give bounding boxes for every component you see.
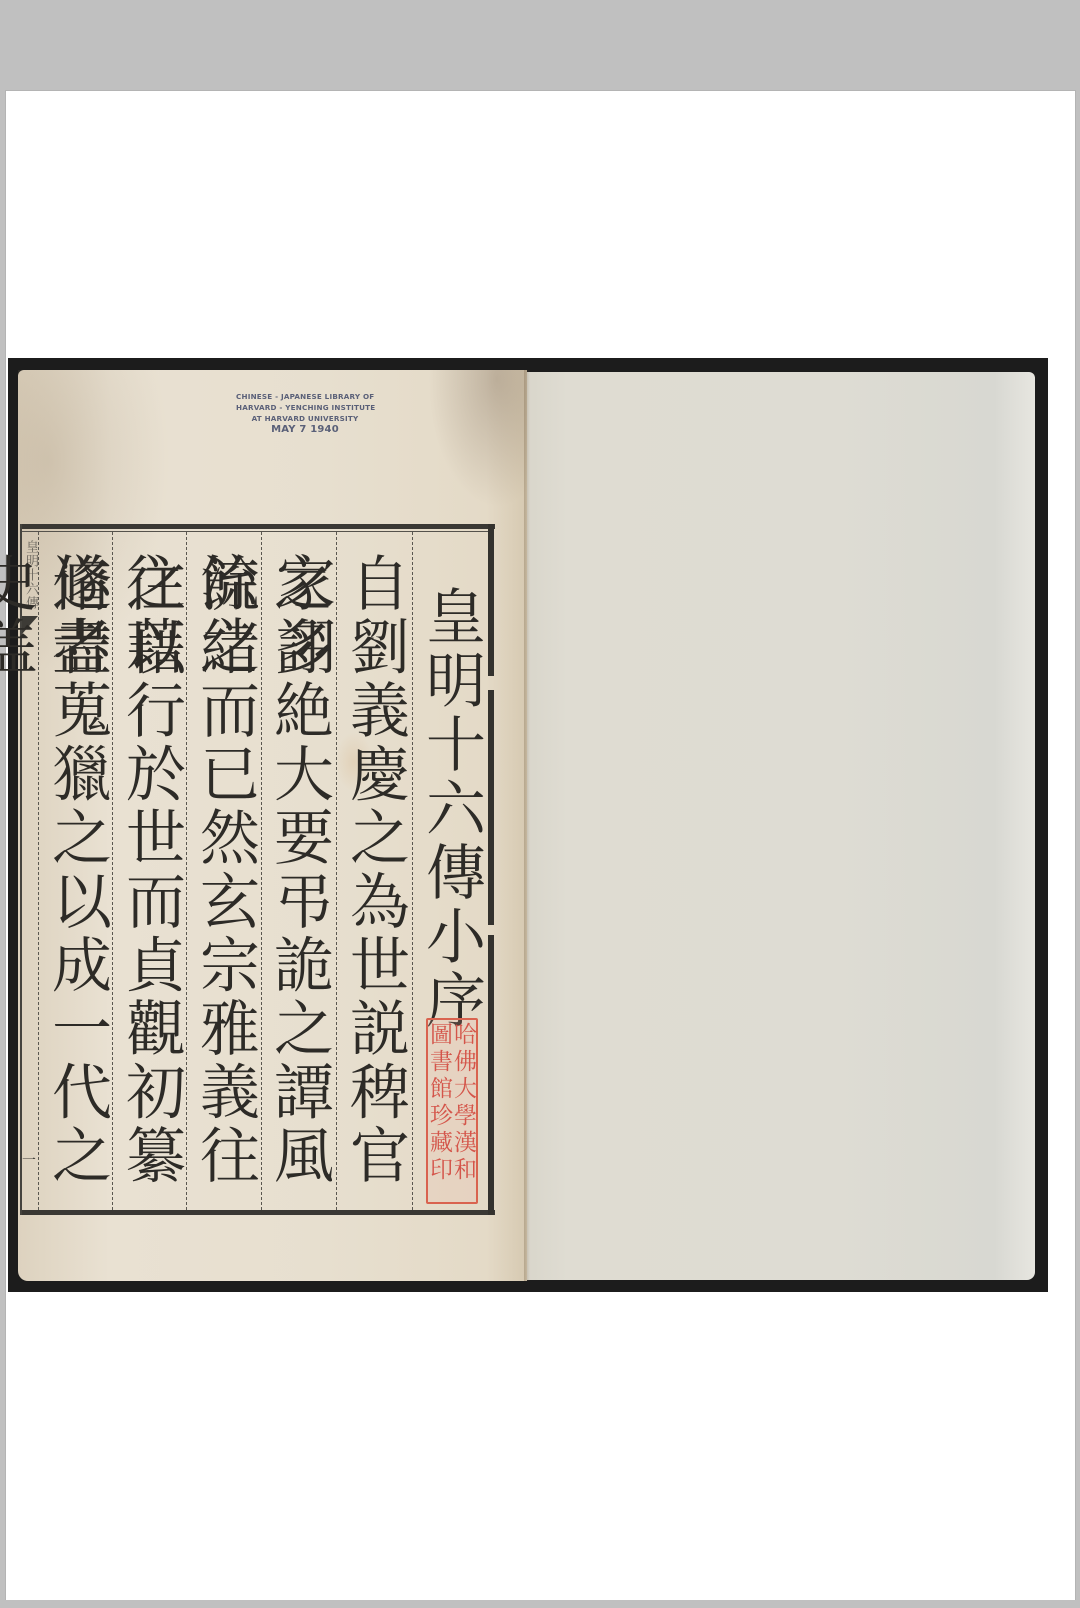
frame-top-border xyxy=(20,524,495,529)
column-rule xyxy=(412,532,413,1210)
library-seal: 哈佛大學漢和 圖書館珍藏印 xyxy=(426,1018,478,1204)
frame-right-border xyxy=(488,524,494,1215)
frame-top-inner-rule xyxy=(20,531,490,532)
text-column-3: 餘緒而已然玄宗雅義往往藉 xyxy=(188,552,262,1202)
stamp-line: CHINESE - JAPANESE LIBRARY OF xyxy=(236,391,374,402)
text-column-1: 自劉義慶之為世説稗官家詡 xyxy=(338,552,412,1202)
seal-right-column: 哈佛大學漢和 xyxy=(451,1022,475,1200)
right-page-blank xyxy=(527,372,1035,1280)
library-stamp: CHINESE - JAPANESE LIBRARY OF HARVARD - … xyxy=(236,391,374,436)
stamp-date: MAY 7 1940 xyxy=(236,424,374,436)
text-column-4: 之以行於世而貞觀初纂脩者 xyxy=(114,552,188,1202)
banxin-page-number: 一 xyxy=(22,1150,36,1170)
seal-left-column: 圖書館珍藏印 xyxy=(427,1022,451,1200)
stamp-line: HARVARD - YENCHING INSTITUTE xyxy=(236,402,374,413)
text-column-2: 之多絶大要弔詭之譚風流之 xyxy=(262,552,336,1202)
stamp-line: AT HARVARD UNIVERSITY xyxy=(236,413,374,424)
spine-fold xyxy=(524,370,530,1281)
text-column-5: 遂盡蒐獵之以成一代之史盖 xyxy=(40,552,114,1202)
